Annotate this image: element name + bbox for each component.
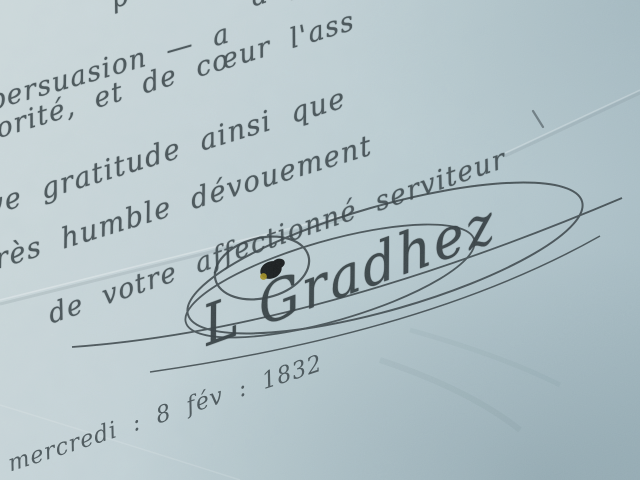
- handwriting-fragment: p: [108, 0, 132, 15]
- letter-photo: p a p la persuasion — a torité, et de cœ…: [0, 0, 640, 480]
- handwriting-fragment: a p: [248, 0, 308, 13]
- date-line: mercredi : 8 fév : 1832: [6, 350, 325, 477]
